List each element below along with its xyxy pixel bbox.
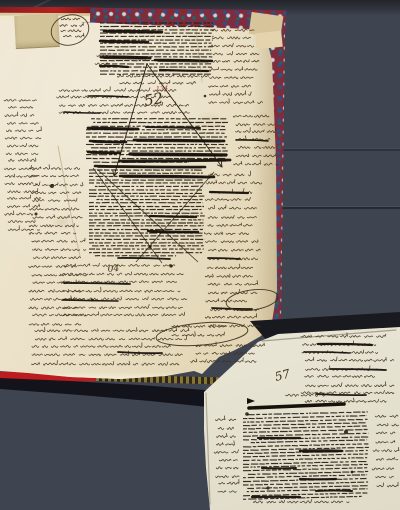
manuscript-page	[0, 0, 280, 385]
pasted-slip-top-left	[14, 14, 60, 49]
backdrop-seam-lower	[276, 206, 400, 210]
photo-backdrop: 134520457	[0, 0, 400, 510]
backdrop-seam-upper	[276, 148, 400, 152]
page-corner-slip-2	[255, 31, 283, 50]
